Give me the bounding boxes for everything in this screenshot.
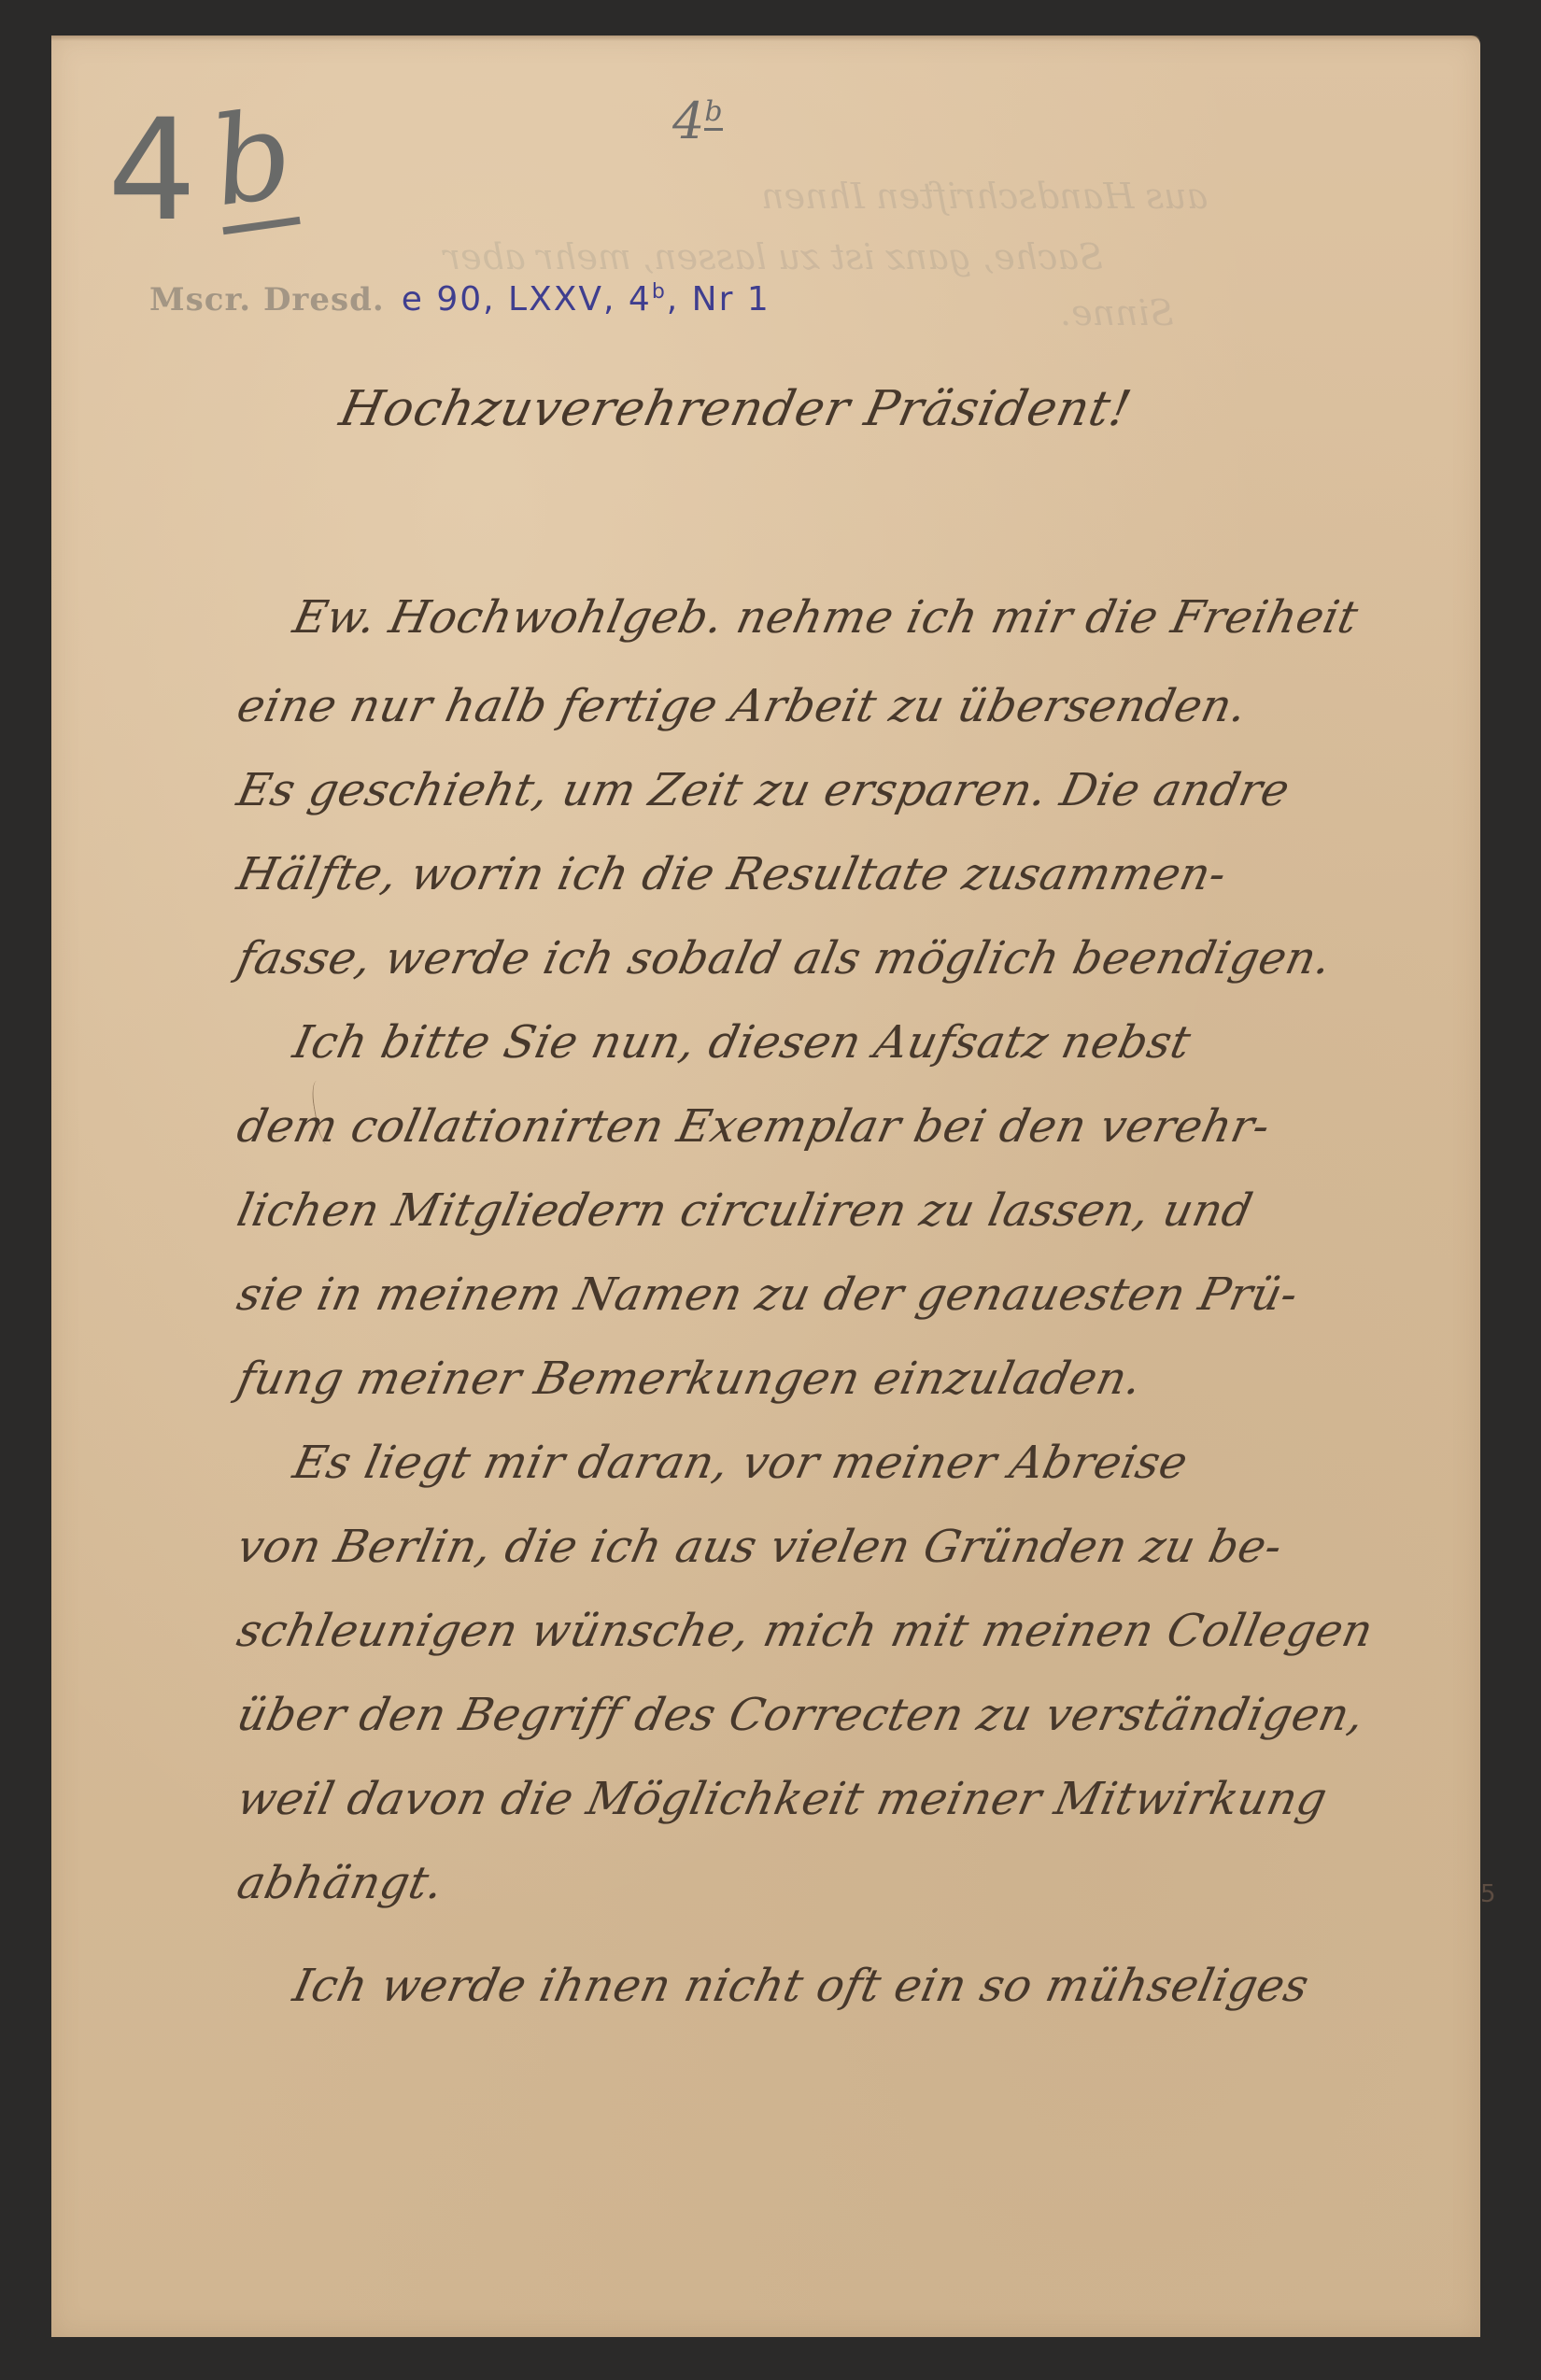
letter-line: Ew. Hochwohlgeb. nehme ich mir die Freih… [289, 591, 1363, 644]
letter-line: von Berlin, die ich aus vielen Gründen z… [233, 1521, 1287, 1573]
letter-line: abhängt. [233, 1857, 448, 1909]
shelfmark-sup: b [652, 280, 667, 304]
letter-line: eine nur halb fertige Arbeit zu übersend… [233, 680, 1251, 732]
bleed-through-text: Sinne. [1060, 292, 1174, 333]
library-shelfmark: Mscr. Dresd. e 90, LXXV, 4b, Nr 1 [149, 280, 770, 319]
folio-number: 4 [672, 92, 704, 150]
letter-line: über den Begriff des Correcten zu verstä… [233, 1689, 1369, 1741]
letter-line: dem collationirten Exemplar bei den vere… [233, 1100, 1275, 1153]
letter-salutation: Hochzuverehrender Präsident! [335, 381, 1137, 437]
folio-letter: b [704, 95, 722, 131]
letter-line: fung meiner Bemerkungen einzuladen. [233, 1353, 1147, 1405]
bleed-through-text: aus Handschriften Ihnen [761, 176, 1208, 217]
shelfmark-suffix: , Nr 1 [667, 280, 770, 319]
letter-line: sie in meinem Namen zu der genauesten Pr… [233, 1268, 1303, 1321]
letter-line: schleunigen wünsche, mich mit meinen Col… [233, 1605, 1378, 1657]
folio-mark: 4b [672, 92, 723, 150]
pencil-number: 4 [107, 90, 196, 252]
pencil-letter: b [205, 92, 301, 234]
pencil-shelf-number: 4b [107, 101, 295, 248]
letter-line: Ich werde ihnen nicht oft ein so mühseli… [289, 1960, 1313, 2012]
page-top-edge [51, 35, 1480, 41]
bleed-through-text: Sache, ganz ist zu lassen, mehr aber [444, 236, 1103, 277]
letter-line: Es liegt mir daran, vor meiner Abreise [289, 1437, 1193, 1489]
library-stamp: Mscr. Dresd. [149, 281, 385, 319]
letter-line: Hälfte, worin ich die Resultate zusammen… [233, 848, 1231, 900]
letter-line: lichen Mitgliedern circuliren zu lassen,… [233, 1184, 1257, 1237]
shelfmark-main: e 90, LXXV, 4 [402, 280, 652, 319]
manuscript-page: aus Handschriften Ihnen Sache, ganz ist … [51, 35, 1480, 2337]
letter-line: Ich bitte Sie nun, diesen Aufsatz nebst [289, 1016, 1195, 1069]
letter-line: Es geschieht, um Zeit zu ersparen. Die a… [233, 764, 1294, 816]
letter-line: weil davon die Möglichkeit meiner Mitwir… [233, 1773, 1332, 1825]
letter-line: fasse, werde ich sobald als möglich been… [233, 932, 1336, 985]
margin-number: 5 [1480, 1880, 1496, 1908]
shelfmark-text: e 90, LXXV, 4b, Nr 1 [402, 280, 770, 319]
